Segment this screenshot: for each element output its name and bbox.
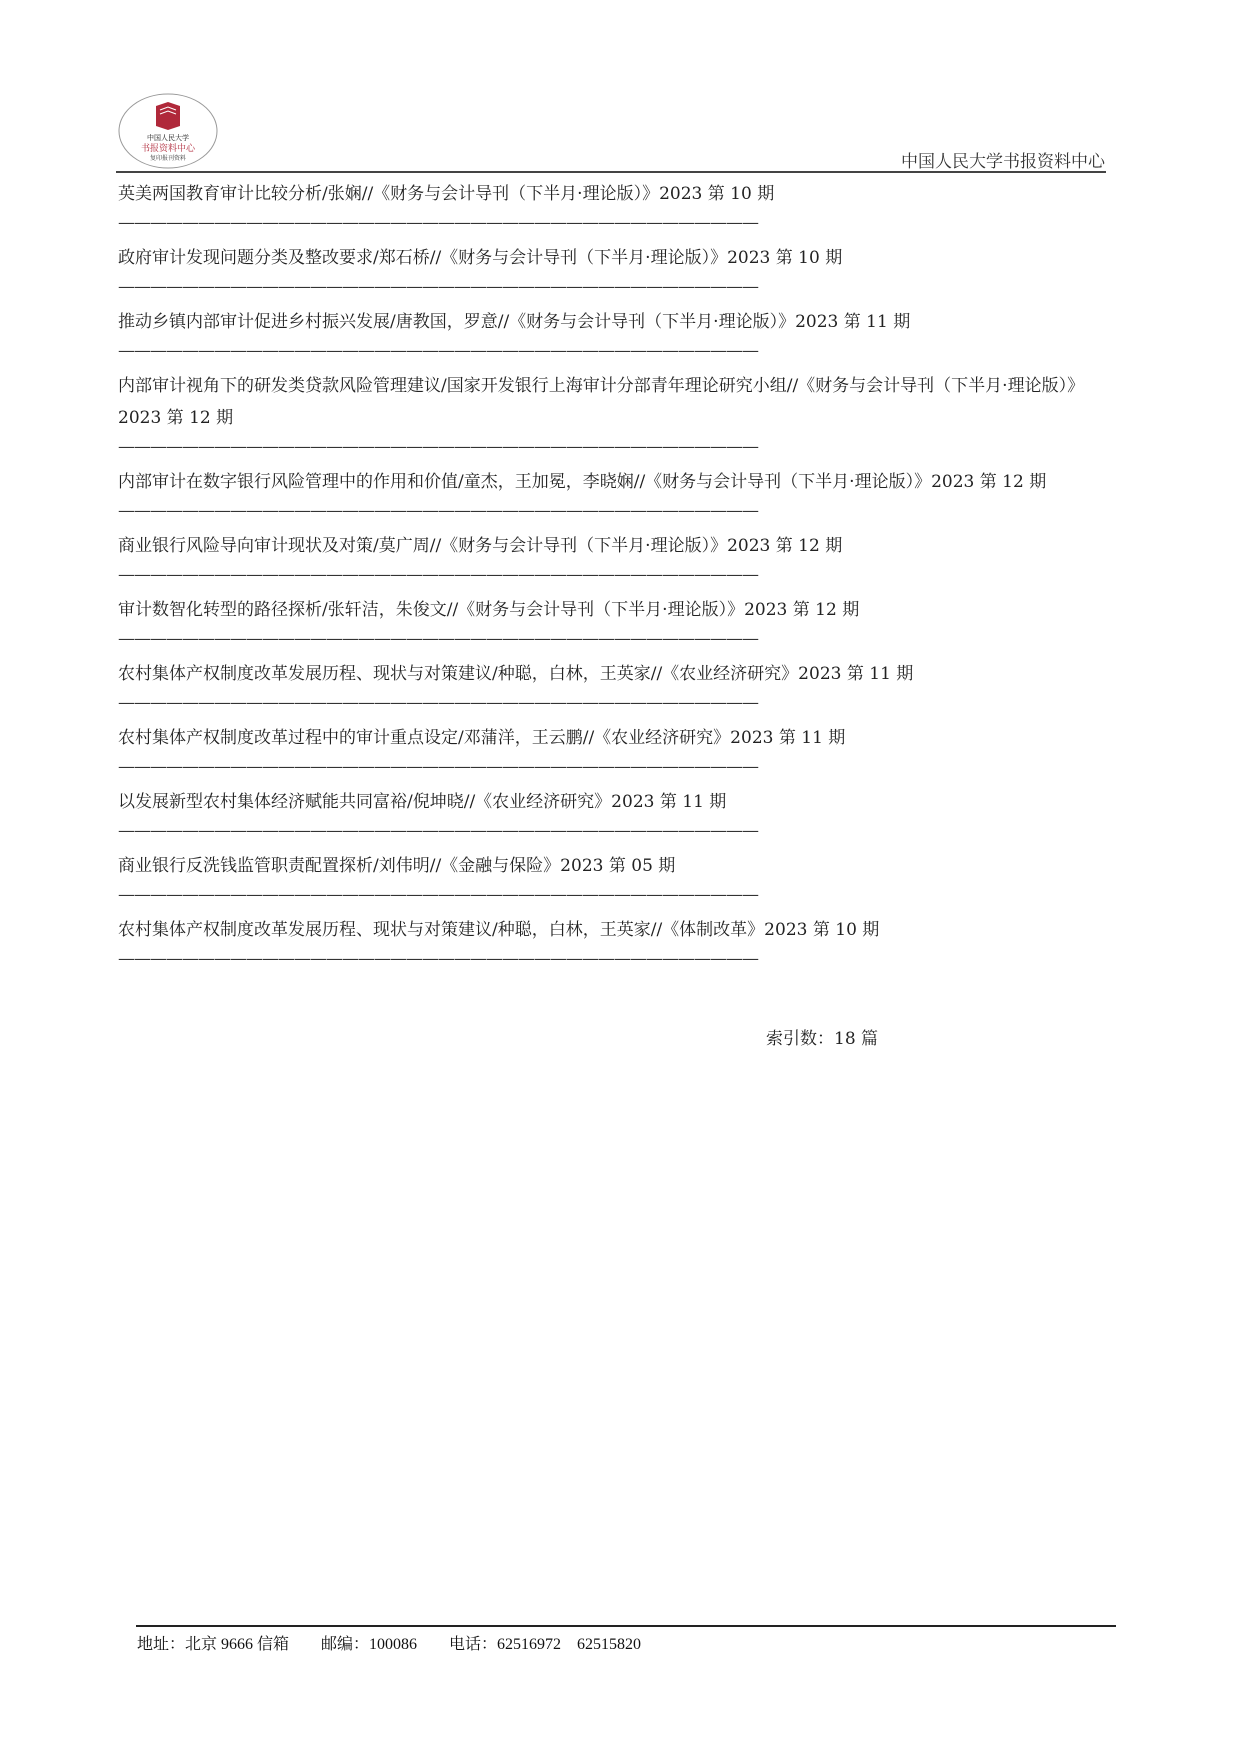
footer-phone: 电话：62516972 62515820 (449, 1636, 641, 1653)
entry-text: 农村集体产权制度改革发展历程、现状与对策建议/种聪，白林，王英家//《农业经济研… (118, 656, 1118, 690)
index-entry: 内部审计在数字银行风险管理中的作用和价值/童杰，王加冕，李晓娴//《财务与会计导… (118, 464, 1118, 524)
entry-text: 农村集体产权制度改革过程中的审计重点设定/邓蒲洋，王云鹏//《农业经济研究》20… (118, 720, 1118, 754)
footer-contact: 地址：北京 9666 信箱 邮编：100086 电话：62516972 6251… (137, 1631, 669, 1654)
entry-separator: ———————————————————————————————————————— (118, 210, 993, 236)
svg-text:书报资料中心: 书报资料中心 (141, 142, 196, 154)
index-entry: 政府审计发现问题分类及整改要求/郑石桥//《财务与会计导刊（下半月·理论版）》2… (118, 240, 1118, 300)
entry-separator: ———————————————————————————————————————— (118, 626, 993, 652)
entry-text: 英美两国教育审计比较分析/张娴//《财务与会计导刊（下半月·理论版）》2023 … (118, 176, 1118, 210)
entry-separator: ———————————————————————————————————————— (118, 562, 993, 588)
entry-text: 内部审计视角下的研发类贷款风险管理建议/国家开发银行上海审计分部青年理论研究小组… (118, 368, 1118, 434)
entry-separator: ———————————————————————————————————————— (118, 946, 993, 972)
entry-text: 审计数智化转型的路径探析/张轩洁，朱俊文//《财务与会计导刊（下半月·理论版）》… (118, 592, 1118, 626)
index-entry-list: 英美两国教育审计比较分析/张娴//《财务与会计导刊（下半月·理论版）》2023 … (118, 176, 1118, 976)
entry-separator: ———————————————————————————————————————— (118, 434, 993, 460)
entry-text: 商业银行反洗钱监管职责配置探析/刘伟明//《金融与保险》2023 第 05 期 (118, 848, 1118, 882)
entry-text: 农村集体产权制度改革发展历程、现状与对策建议/种聪，白林，王英家//《体制改革》… (118, 912, 1118, 946)
index-entry: 商业银行风险导向审计现状及对策/莫广周//《财务与会计导刊（下半月·理论版）》2… (118, 528, 1118, 588)
index-entry: 农村集体产权制度改革过程中的审计重点设定/邓蒲洋，王云鹏//《农业经济研究》20… (118, 720, 1118, 780)
entry-text: 以发展新型农村集体经济赋能共同富裕/倪坤晓//《农业经济研究》2023 第 11… (118, 784, 1118, 818)
svg-text:中国人民大学: 中国人民大学 (147, 133, 189, 142)
entry-text: 推动乡镇内部审计促进乡村振兴发展/唐教国，罗意//《财务与会计导刊（下半月·理论… (118, 304, 1118, 338)
index-entry: 英美两国教育审计比较分析/张娴//《财务与会计导刊（下半月·理论版）》2023 … (118, 176, 1118, 236)
index-entry: 农村集体产权制度改革发展历程、现状与对策建议/种聪，白林，王英家//《农业经济研… (118, 656, 1118, 716)
svg-text:复印报刊资料: 复印报刊资料 (150, 154, 186, 162)
organization-logo: 中国人民大学 书报资料中心 复印报刊资料 (116, 92, 220, 170)
index-entry: 推动乡镇内部审计促进乡村振兴发展/唐教国，罗意//《财务与会计导刊（下半月·理论… (118, 304, 1118, 364)
entry-separator: ———————————————————————————————————————— (118, 754, 993, 780)
entry-text: 政府审计发现问题分类及整改要求/郑石桥//《财务与会计导刊（下半月·理论版）》2… (118, 240, 1118, 274)
header-organization-name: 中国人民大学书报资料中心 (901, 147, 1105, 172)
index-count: 索引数：18 篇 (766, 1024, 878, 1049)
entry-separator: ———————————————————————————————————————— (118, 338, 993, 364)
index-entry: 以发展新型农村集体经济赋能共同富裕/倪坤晓//《农业经济研究》2023 第 11… (118, 784, 1118, 844)
entry-text: 商业银行风险导向审计现状及对策/莫广周//《财务与会计导刊（下半月·理论版）》2… (118, 528, 1118, 562)
entry-separator: ———————————————————————————————————————— (118, 818, 993, 844)
entry-separator: ———————————————————————————————————————— (118, 882, 993, 908)
index-entry: 农村集体产权制度改革发展历程、现状与对策建议/种聪，白林，王英家//《体制改革》… (118, 912, 1118, 972)
entry-separator: ———————————————————————————————————————— (118, 690, 993, 716)
entry-separator: ———————————————————————————————————————— (118, 498, 993, 524)
footer-divider (136, 1625, 1116, 1627)
entry-text: 内部审计在数字银行风险管理中的作用和价值/童杰，王加冕，李晓娴//《财务与会计导… (118, 464, 1118, 498)
logo-emblem-icon: 中国人民大学 书报资料中心 复印报刊资料 (116, 92, 220, 170)
footer-address: 地址：北京 9666 信箱 (137, 1636, 289, 1653)
entry-separator: ———————————————————————————————————————— (118, 274, 993, 300)
index-entry: 审计数智化转型的路径探析/张轩洁，朱俊文//《财务与会计导刊（下半月·理论版）》… (118, 592, 1118, 652)
footer-postcode: 邮编：100086 (321, 1636, 417, 1653)
header-divider (116, 171, 1106, 173)
index-entry: 内部审计视角下的研发类贷款风险管理建议/国家开发银行上海审计分部青年理论研究小组… (118, 368, 1118, 460)
index-entry: 商业银行反洗钱监管职责配置探析/刘伟明//《金融与保险》2023 第 05 期—… (118, 848, 1118, 908)
